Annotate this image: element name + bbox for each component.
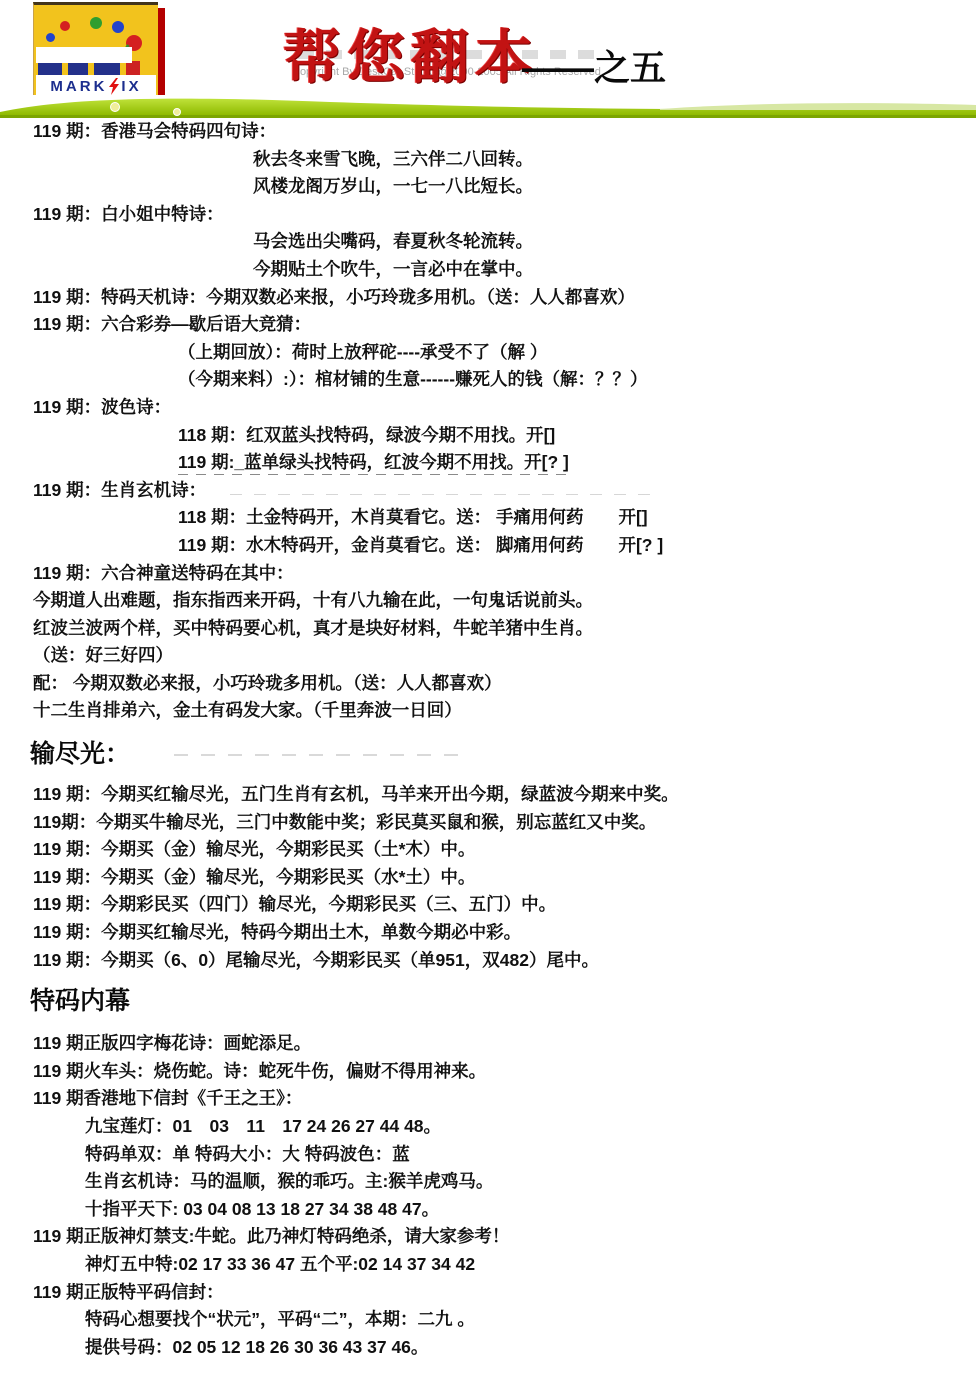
text-line: 119 期正版四字梅花诗：画蛇添足。 [0, 1030, 976, 1058]
text-line: 神灯五中特:02 17 33 36 47 五个平:02 14 37 34 42 [0, 1251, 976, 1279]
section-heading-shujinguang: 输尽光： [0, 739, 976, 769]
text-line: 119 期：六合神童送特码在其中： [0, 560, 976, 588]
logo-dot-green [90, 17, 102, 29]
text-line-content: 119 期：今期买（金）输尽光，今期彩民买（水*土）中。 [33, 864, 475, 892]
logo-brand: MARK IX [36, 75, 156, 95]
text-line: 119 期:_蓝单绿头找特码，红波今期不用找。开[? ] [0, 449, 976, 477]
text-line: （送：好三好四） [0, 642, 976, 670]
text-line: 119 期：今期买（金）输尽光，今期彩民买（土*木）中。 [0, 836, 976, 864]
text-line-content: 119 期正版特平码信封： [33, 1279, 224, 1307]
text-line: 119 期：今期买（6、0）尾输尽光，今期彩民买（单951，双482）尾中。 [0, 947, 976, 975]
text-line: 十指平天下: 03 04 08 13 18 27 34 38 48 47。 [0, 1196, 976, 1224]
text-line-content: （上期回放）：荷时上放秤砣----承受不了（解 ） [178, 339, 547, 367]
text-line-content: 119期：今期买牛输尽光，三门中数能中奖；彩民莫买鼠和猴，别忘蓝红又中奖。 [33, 809, 656, 837]
text-line: 119 期：特码天机诗：今期双数必来报，小巧玲珑多用机。（送：人人都喜欢） [0, 284, 976, 312]
text-line-content: 119 期：生肖玄机诗： [33, 477, 650, 505]
text-line-content: 119 期：六合神童送特码在其中： [33, 560, 294, 588]
logo-mark-text: MARK [50, 78, 107, 95]
logo-six-text: IX [121, 78, 141, 95]
text-line: 红波兰波两个样，买中特码要心机，真才是块好材料，牛蛇羊猪中生肖。 [0, 615, 976, 643]
text-line: 今期贴土个吹牛，一言必中在掌中。 [0, 256, 976, 284]
text-line: 119 期火车头：烧伤蛇。诗：蛇死牛伤，偏财不得用神来。 [0, 1058, 976, 1086]
text-line-content: 119 期：今期彩民买（四门）输尽光，今期彩民买（三、五门）中。 [33, 891, 556, 919]
logo-white-patch [36, 47, 132, 63]
text-line-content: 九宝莲灯：01 03 11 17 24 26 27 44 48。 [85, 1113, 441, 1141]
text-line-content: 红波兰波两个样，买中特码要心机，真才是块好材料，牛蛇羊猪中生肖。 [33, 615, 593, 643]
text-line: （上期回放）：荷时上放秤砣----承受不了（解 ） [0, 339, 976, 367]
page-title: 帮您翻本 [283, 10, 539, 94]
text-line-content: 119 期正版神灯禁支:牛蛇。此乃神灯特码绝杀，请大家参考！ [33, 1223, 509, 1251]
text-line: 生肖玄机诗：马的温顺，猴的乖巧。主:猴羊虎鸡马。 [0, 1168, 976, 1196]
logo-dot-red [60, 21, 70, 31]
text-line: 119 期：今期彩民买（四门）输尽光，今期彩民买（三、五门）中。 [0, 891, 976, 919]
logo-red-stripe [158, 8, 165, 95]
text-line-content: 119 期:_蓝单绿头找特码，红波今期不用找。开[? ] [178, 449, 569, 477]
text-line-content: 119 期香港地下信封《千王之王》： [33, 1085, 302, 1113]
page: MARK IX Copyright By DeskCar Studio @200… [0, 0, 976, 1388]
section-poems: 119 期：香港马会特码四句诗：秋去冬来雪飞晚，三六伴二八回转。风楼龙阁万岁山，… [0, 118, 976, 725]
text-line-content: 今期贴土个吹牛，一言必中在掌中。 [253, 256, 533, 284]
text-line: 特码单双：单 特码大小：大 特码波色：蓝 [0, 1141, 976, 1169]
text-line: 马会选出尖嘴码，春夏秋冬轮流转。 [0, 228, 976, 256]
text-line-content: 119 期：水木特码开，金肖莫看它。送： 脚痛用何药 开[? ] [178, 532, 663, 560]
text-line-content: 118 期：红双蓝头找特码，绿波今期不用找。开[] [178, 422, 555, 450]
page-title-suffix: ——之五 [522, 40, 666, 91]
text-line-content: 119 期：特码天机诗：今期双数必来报，小巧玲珑多用机。（送：人人都喜欢） [33, 284, 635, 312]
text-line: 119 期正版神灯禁支:牛蛇。此乃神灯特码绝杀，请大家参考！ [0, 1223, 976, 1251]
text-line: 119 期：波色诗： [0, 394, 976, 422]
text-line: 119 期：六合彩券—歇后语大竞猜： [0, 311, 976, 339]
text-line-content: （送：好三好四） [33, 642, 173, 670]
text-line-content: 今期道人出难题，指东指西来开码，十有八九输在此，一句鬼话说前头。 [33, 587, 593, 615]
text-line-content: 风楼龙阁万岁山，一七一八比短长。 [253, 173, 533, 201]
text-line-content: 119 期：今期买红输尽光，特码今期出土木，单数今期必中彩。 [33, 919, 521, 947]
text-line-content: 119 期：六合彩券—歇后语大竞猜： [33, 311, 311, 339]
text-line: 九宝莲灯：01 03 11 17 24 26 27 44 48。 [0, 1113, 976, 1141]
green-hill-banner [0, 94, 976, 122]
text-line: 今期道人出难题，指东指西来开码，十有八九输在此，一句鬼话说前头。 [0, 587, 976, 615]
band-bubble [111, 103, 120, 112]
text-line-content: 神灯五中特:02 17 33 36 47 五个平:02 14 37 34 42 [85, 1251, 475, 1279]
text-line-content: 119 期：白小姐中特诗： [33, 201, 224, 229]
text-line: 118 期：土金特码开，木肖莫看它。送： 手痛用何药 开[] [0, 504, 976, 532]
text-line: 119 期：今期买（金）输尽光，今期彩民买（水*土）中。 [0, 864, 976, 892]
text-line-content: 马会选出尖嘴码，春夏秋冬轮流转。 [253, 228, 533, 256]
text-line-content: 特码单双：单 特码大小：大 特码波色：蓝 [85, 1141, 410, 1169]
text-line-content: 十二生肖排弟六，金土有码发大家。（千里奔波一日回） [33, 697, 462, 725]
text-line-content: 119 期：今期买（金）输尽光，今期彩民买（土*木）中。 [33, 836, 475, 864]
text-line-content: （今期来料）:）：棺材铺的生意------赚死人的钱（解：？？） [178, 366, 648, 394]
text-line: 119 期香港地下信封《千王之王》： [0, 1085, 976, 1113]
text-line-content: 118 期：土金特码开，木肖莫看它。送： 手痛用何药 开[] [178, 504, 648, 532]
text-line-content: 119 期：波色诗： [33, 394, 171, 422]
text-line-content: 特码心想要找个“状元”，平码“二”，本期：二九 。 [85, 1306, 475, 1334]
text-line: 风楼龙阁万岁山，一七一八比短长。 [0, 173, 976, 201]
text-line-content: 秋去冬来雪飞晚，三六伴二八回转。 [253, 146, 533, 174]
text-line: 特码心想要找个“状元”，平码“二”，本期：二九 。 [0, 1306, 976, 1334]
text-line: 119期：今期买牛输尽光，三门中数能中奖；彩民莫买鼠和猴，别忘蓝红又中奖。 [0, 809, 976, 837]
text-line-content: 119 期正版四字梅花诗：画蛇添足。 [33, 1030, 311, 1058]
text-line: 119 期：水木特码开，金肖莫看它。送： 脚痛用何药 开[? ] [0, 532, 976, 560]
document-body: 119 期：香港马会特码四句诗：秋去冬来雪飞晚，三六伴二八回转。风楼龙阁万岁山，… [0, 118, 976, 1361]
text-line: 配： 今期双数必来报，小巧玲珑多用机。（送：人人都喜欢） [0, 670, 976, 698]
section-shujinguang-lines: 119 期：今期买红输尽光，五门生肖有玄机，马羊来开出今期，绿蓝波今期来中奖。1… [0, 781, 976, 974]
text-line: 118 期：红双蓝头找特码，绿波今期不用找。开[] [0, 422, 976, 450]
band-bubble [174, 109, 181, 116]
lightning-icon [109, 78, 119, 95]
masthead: MARK IX Copyright By DeskCar Studio @200… [0, 0, 976, 122]
logo-dot-blue [46, 33, 55, 42]
text-line-content: 十指平天下: 03 04 08 13 18 27 34 38 48 47。 [85, 1196, 439, 1224]
text-line: 119 期：白小姐中特诗： [0, 201, 976, 229]
text-line: 提供号码：02 05 12 18 26 30 36 43 37 46。 [0, 1334, 976, 1362]
text-line: 119 期：今期买红输尽光，五门生肖有玄机，马羊来开出今期，绿蓝波今期来中奖。 [0, 781, 976, 809]
section-temaneimu-lines: 119 期正版四字梅花诗：画蛇添足。119 期火车头：烧伤蛇。诗：蛇死牛伤，偏财… [0, 1030, 976, 1361]
text-line: 十二生肖排弟六，金土有码发大家。（千里奔波一日回） [0, 697, 976, 725]
text-line: 119 期正版特平码信封： [0, 1279, 976, 1307]
text-line: 119 期：生肖玄机诗： [0, 477, 976, 505]
mark-six-logo: MARK IX [33, 2, 158, 95]
text-line: 119 期：香港马会特码四句诗： [0, 118, 976, 146]
text-line-content: 119 期：今期买红输尽光，五门生肖有玄机，马羊来开出今期，绿蓝波今期来中奖。 [33, 781, 679, 809]
text-line: 119 期：今期买红输尽光，特码今期出土木，单数今期必中彩。 [0, 919, 976, 947]
text-line-content: 119 期：香港马会特码四句诗： [33, 118, 276, 146]
text-line-content: 119 期火车头：烧伤蛇。诗：蛇死牛伤，偏财不得用神来。 [33, 1058, 486, 1086]
text-line-content: 生肖玄机诗：马的温顺，猴的乖巧。主:猴羊虎鸡马。 [85, 1168, 493, 1196]
logo-dot-blue [112, 21, 124, 33]
text-line: 秋去冬来雪飞晚，三六伴二八回转。 [0, 146, 976, 174]
section-heading-temaneimu: 特码内幕 [0, 986, 976, 1016]
text-line-content: 119 期：今期买（6、0）尾输尽光，今期彩民买（单951，双482）尾中。 [33, 947, 599, 975]
text-line-content: 配： 今期双数必来报，小巧玲珑多用机。（送：人人都喜欢） [33, 670, 502, 698]
text-line-content: 提供号码：02 05 12 18 26 30 36 43 37 46。 [85, 1334, 428, 1362]
text-line: （今期来料）:）：棺材铺的生意------赚死人的钱（解：？？） [0, 366, 976, 394]
